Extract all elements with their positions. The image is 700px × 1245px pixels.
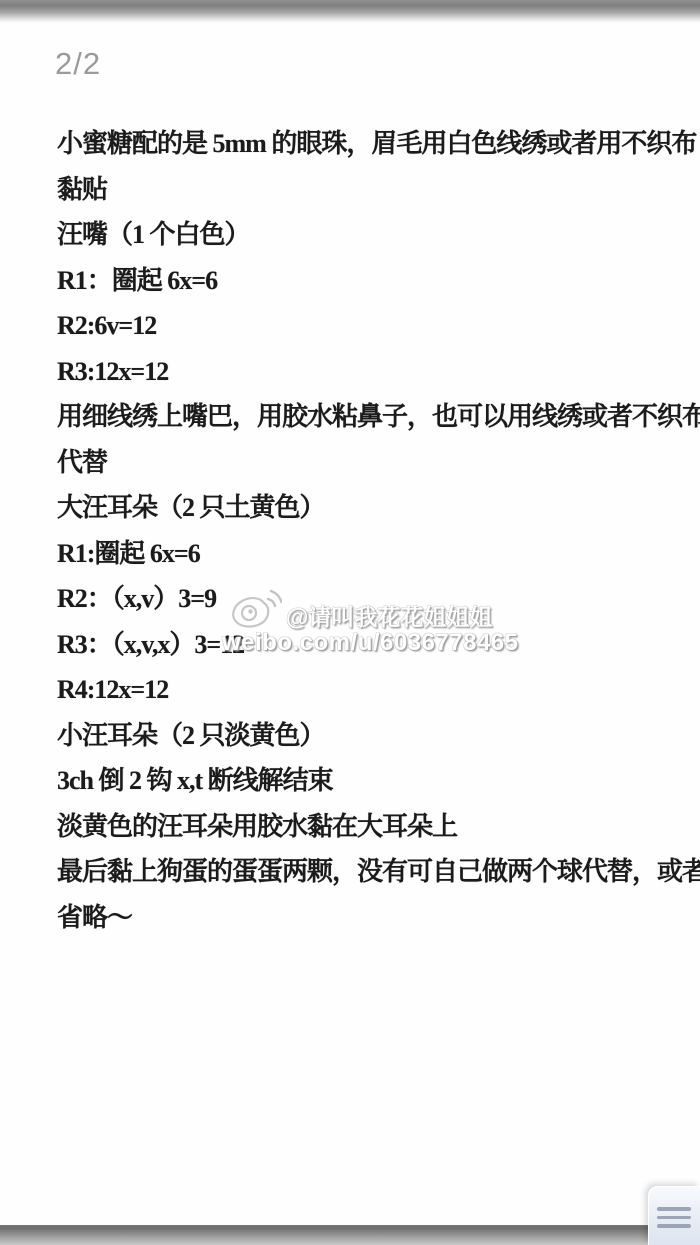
hamburger-menu-icon — [657, 1207, 691, 1228]
doc-line: 省略～ — [57, 895, 672, 941]
page-indicator: 2/2 — [55, 46, 101, 82]
doc-line: R2:6v=12 — [57, 303, 672, 349]
doc-line: R1:圈起 6x=6 — [57, 531, 672, 577]
doc-line: 淡黄色的汪耳朵用胶水黏在大耳朵上 — [57, 804, 672, 850]
doc-line: R3:12x=12 — [57, 349, 672, 395]
doc-line: 汪嘴（1 个白色） — [57, 212, 672, 258]
doc-line: 小蜜糖配的是 5mm 的眼珠，眉毛用白色线绣或者用不织布 — [57, 121, 672, 167]
document-page: 小蜜糖配的是 5mm 的眼珠，眉毛用白色线绣或者用不织布 黏贴 汪嘴（1 个白色… — [57, 121, 672, 940]
document-viewer: 2/2 小蜜糖配的是 5mm 的眼珠，眉毛用白色线绣或者用不织布 黏贴 汪嘴（1… — [0, 0, 700, 1245]
page-gap-shadow-top — [0, 0, 700, 23]
doc-line: 大汪耳朵（2 只土黄色） — [57, 485, 672, 531]
doc-line: 用细线绣上嘴巴，用胶水粘鼻子，也可以用线绣或者不织布 — [57, 394, 672, 440]
page-gap-shadow-bottom — [0, 1225, 700, 1245]
doc-line: 黏贴 — [57, 167, 672, 213]
doc-line: 3ch 倒 2 钩 x,t 断线解结束 — [57, 758, 672, 804]
doc-line: R3：（x,v,x）3=12 — [57, 622, 672, 668]
doc-line: R2：（x,v）3=9 — [57, 576, 672, 622]
doc-line: 最后黏上狗蛋的蛋蛋两颗，没有可自己做两个球代替，或者 — [57, 849, 672, 895]
doc-line: 代替 — [57, 440, 672, 486]
menu-button[interactable] — [648, 1186, 700, 1245]
doc-line: 小汪耳朵（2 只淡黄色） — [57, 713, 672, 759]
doc-line: R1：圈起 6x=6 — [57, 258, 672, 304]
doc-line: R4:12x=12 — [57, 667, 672, 713]
